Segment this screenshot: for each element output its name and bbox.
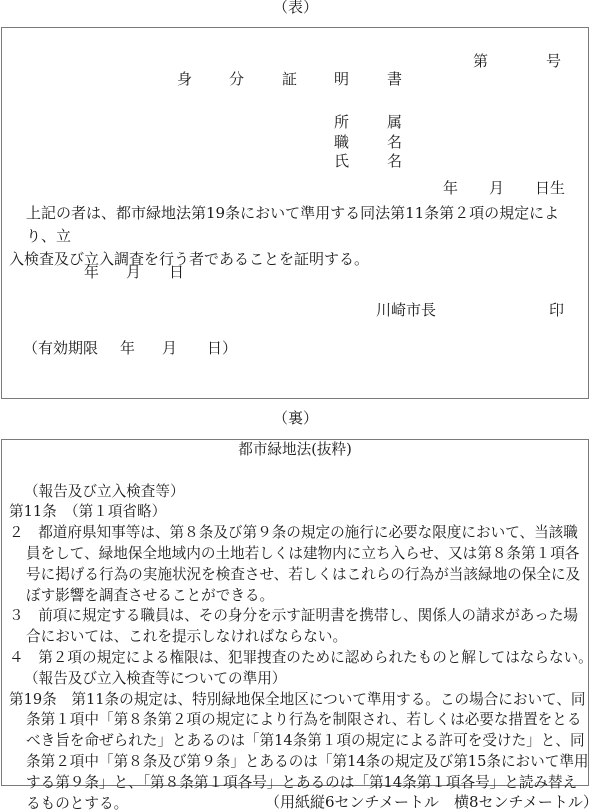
law-line: 条第１項中「第８条第２項の規定により行為を制限され、若しくは必要な措置をとる — [9, 710, 581, 731]
law-line: 合においては、これを提示しなければならない。 — [9, 627, 581, 648]
birth-year-label: 年 — [443, 181, 458, 196]
law-line: ４ 第２項の規定による権限は、犯罪捜査のために認められたものと解してはならない。 — [9, 648, 581, 669]
law-line: 第19条 第11条の規定は、特別緑地保全地区について準用する。この場合において、… — [9, 690, 581, 711]
field-name-label-b: 名 — [387, 154, 402, 169]
spacer — [9, 461, 581, 482]
law-line: 条第２項中「第８条及び第９条」とあるのは「第14条の規定及び第15条において準用 — [9, 752, 581, 773]
seal-mark: 印 — [549, 303, 564, 318]
law-line: べき旨を命ぜられた」とあるのは「第14条第１項の規定による許可を受けた」と、同 — [9, 731, 581, 752]
validity-day-label: 日） — [207, 341, 237, 356]
validity-year-label: 年 — [120, 341, 135, 356]
title-char: 証 — [282, 72, 297, 87]
field-affiliation-label-b: 属 — [387, 115, 402, 130]
field-affiliation-label-a: 所 — [334, 115, 349, 130]
number-label-go: 号 — [546, 54, 561, 69]
issue-day-label: 日 — [169, 265, 184, 280]
back-side-label: （裏） — [0, 411, 591, 426]
title-char: 書 — [387, 72, 402, 87]
law-line: する第９条」と、「第８条第１項各号」とあるのは「第14条第１項各号」と読み替え — [9, 773, 581, 794]
number-label-dai: 第 — [473, 54, 488, 69]
law-line: 員をして、緑地保全地域内の土地若しくは建物内に立ち入らせ、又は第８条第１項各 — [9, 544, 581, 565]
article-caption: （報告及び立入検査等についての準用） — [9, 669, 581, 690]
title-char: 明 — [334, 72, 349, 87]
law-line: ２ 都道府県知事等は、第８条及び第９条の規定の施行に必要な限度において、当該職 — [9, 523, 581, 544]
title-char: 身 — [177, 72, 192, 87]
law-line: 号に掲げる行為の実施状況を検査させ、若しくはこれらの行為が当該緑地の保全に及 — [9, 565, 581, 586]
front-side-label: （表） — [0, 0, 591, 15]
law-line: ３ 前項に規定する職員は、その身分を示す証明書を携帯し、関係人の請求があった場 — [9, 606, 581, 627]
birth-day-label: 日生 — [535, 181, 565, 196]
title-char: 分 — [229, 72, 244, 87]
paper-size-note: （用紙縦6センチメートル 横8センチメートル） — [265, 795, 591, 810]
validity-label: （有効期限 — [23, 341, 98, 356]
certification-statement: 上記の者は、都市緑地法第19条において準用する同法第11条第２項の規定により、立… — [9, 202, 581, 271]
field-name-label-a: 氏 — [334, 154, 349, 169]
field-job-title-label-b: 名 — [387, 135, 402, 150]
article-caption: （報告及び立入検査等） — [9, 482, 581, 503]
law-excerpt-title: 都市緑地法(抜粋) — [9, 440, 581, 461]
issue-month-label: 月 — [126, 265, 141, 280]
law-line: ぼす影響を調査させることができる。 — [9, 586, 581, 607]
law-line: 第11条 （第１項省略） — [9, 502, 581, 523]
validity-month-label: 月 — [162, 341, 177, 356]
statement-line: 上記の者は、都市緑地法第19条において準用する同法第11条第２項の規定により、立 — [9, 202, 581, 248]
law-excerpt: 都市緑地法(抜粋) （報告及び立入検査等） 第11条 （第１項省略） ２ 都道府… — [9, 440, 581, 812]
birth-month-label: 月 — [489, 181, 504, 196]
issue-year-label: 年 — [84, 265, 99, 280]
issuer-name: 川崎市長 — [376, 303, 436, 318]
field-job-title-label-a: 職 — [334, 135, 349, 150]
